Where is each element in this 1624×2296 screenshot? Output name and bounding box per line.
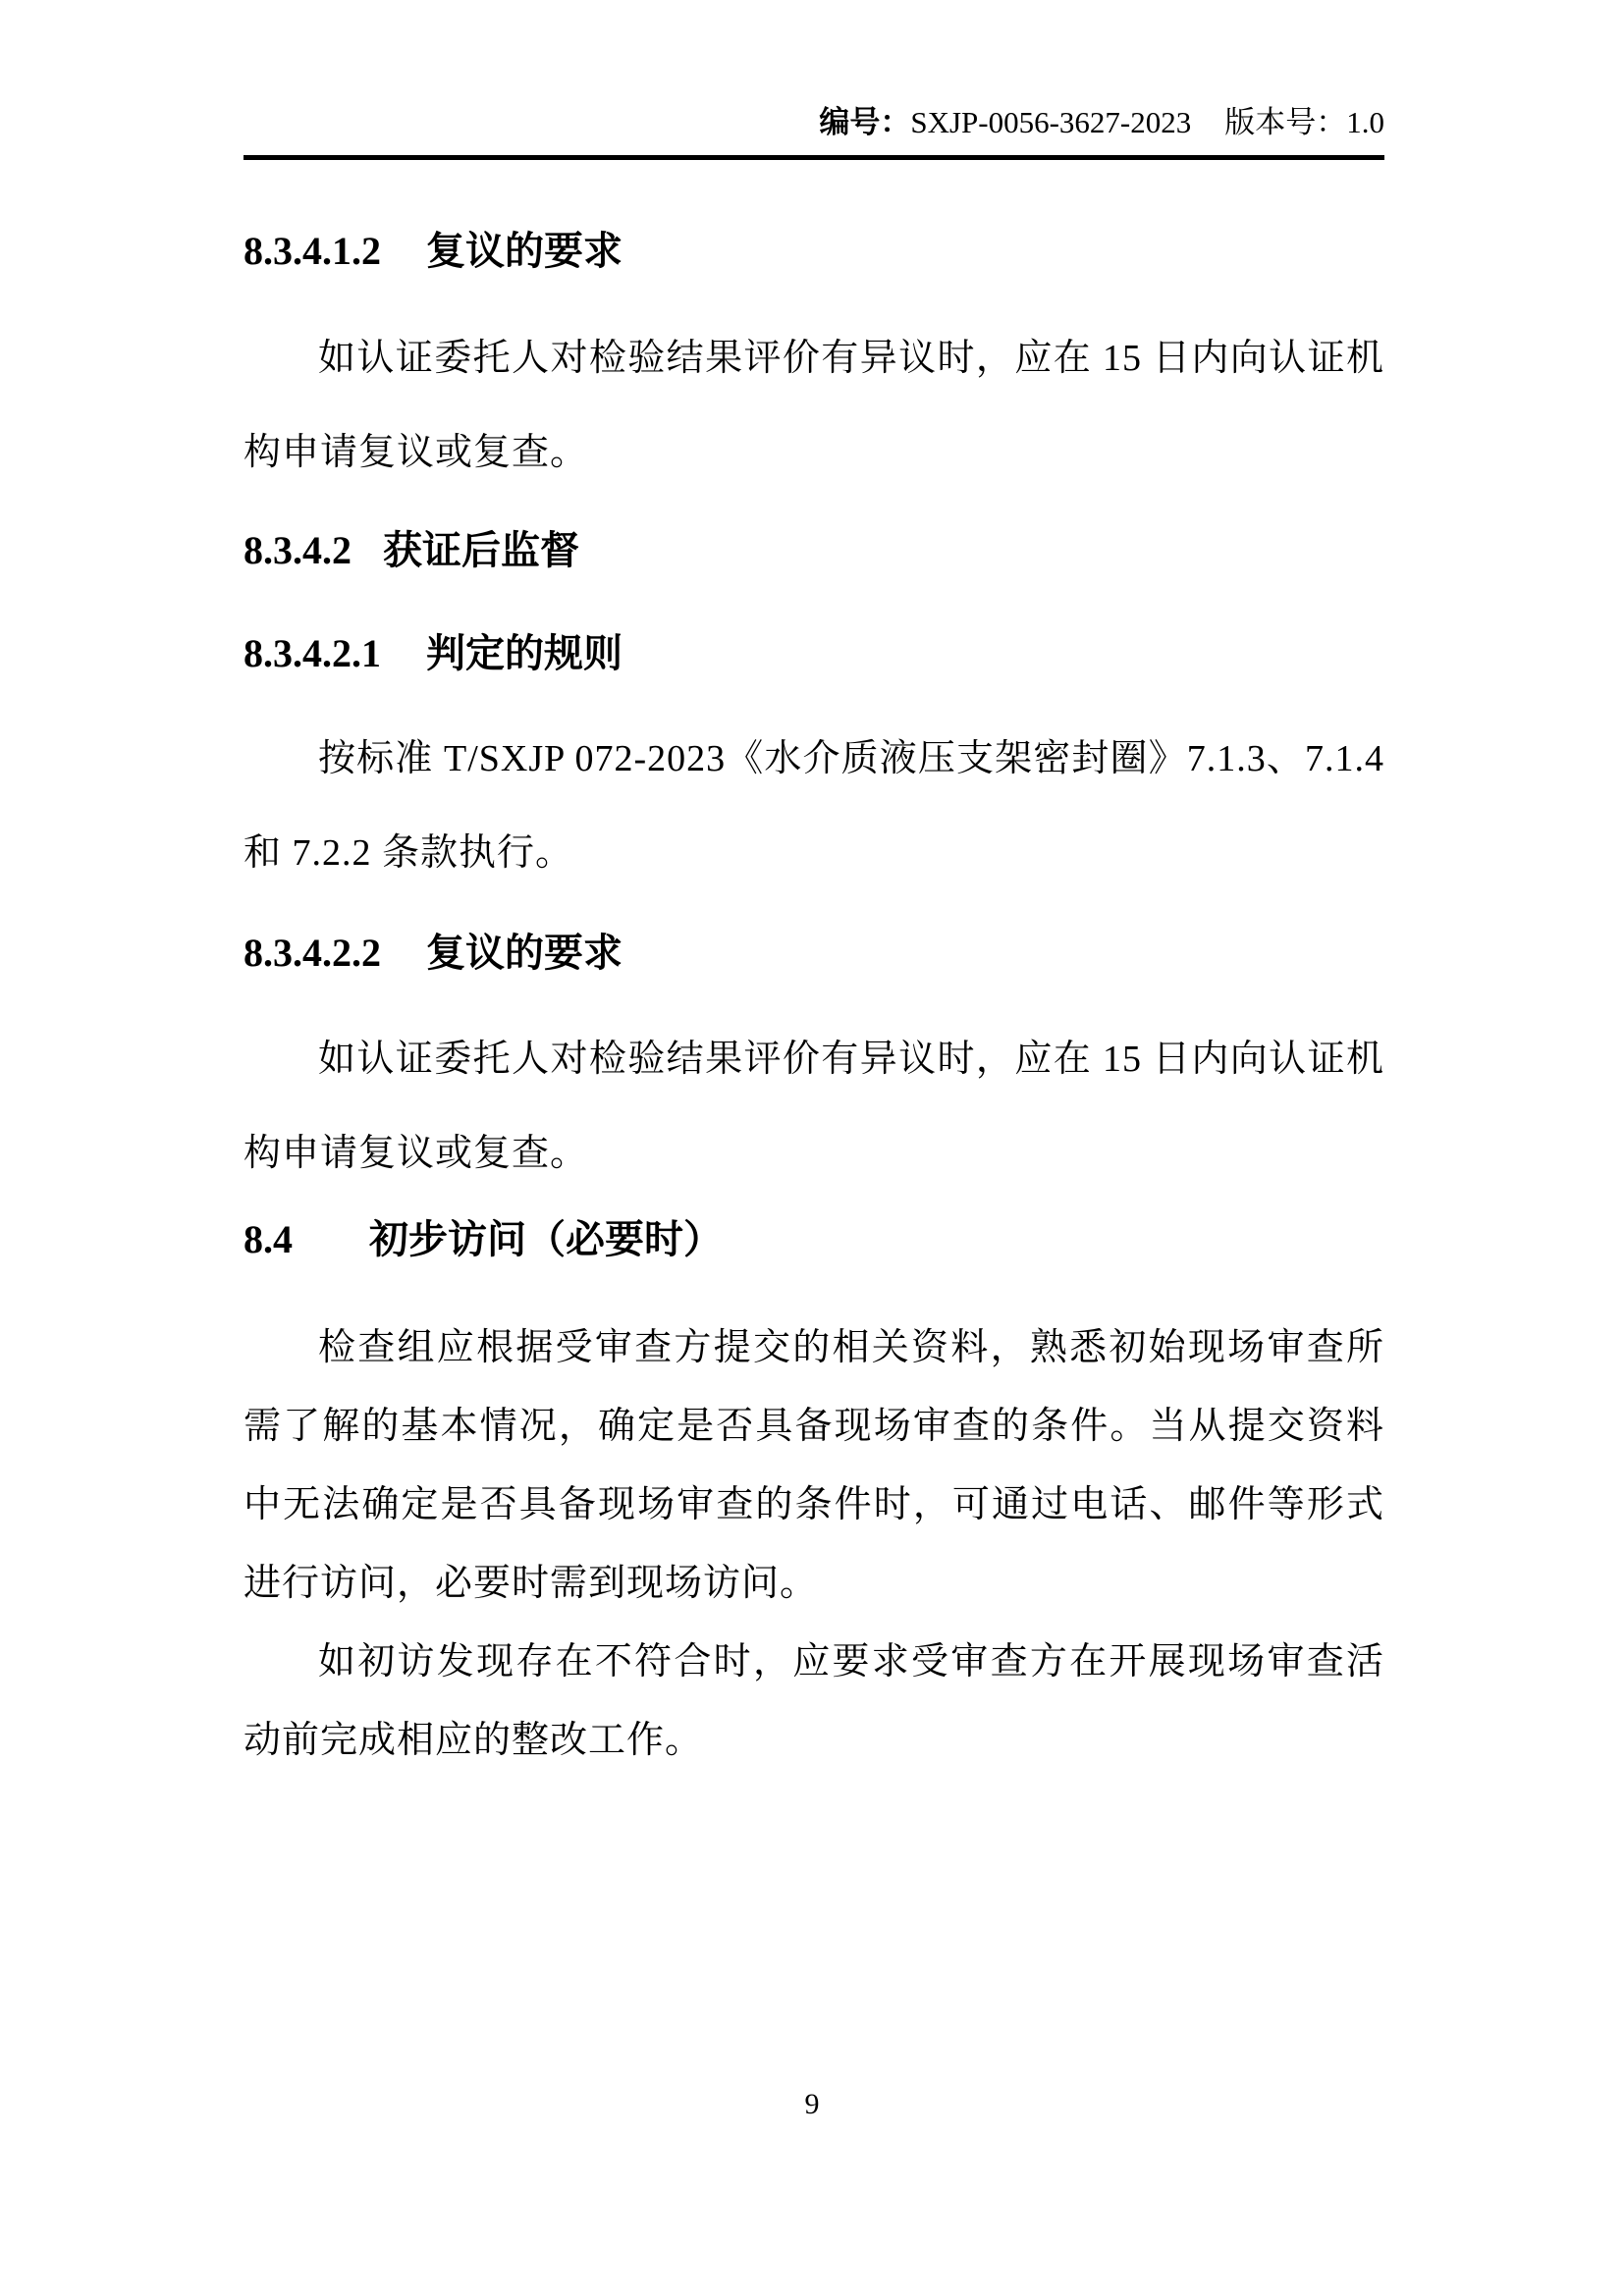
document-page: 编号：SXJP-0056-3627-2023版本号：1.0 8.3.4.1.2复… <box>0 0 1624 2296</box>
heading-title: 复议的要求 <box>426 931 623 975</box>
paragraph-preliminary-visit-2: 如初访发现存在不符合时，应要求受审查方在开展现场审查活动前完成相应的整改工作。 <box>244 1623 1384 1780</box>
heading-number: 8.3.4.2.1 <box>244 631 381 675</box>
doc-version-label: 版本号： <box>1224 105 1346 139</box>
heading-title: 获证后监督 <box>383 528 579 572</box>
heading-title: 初步访问（必要时） <box>369 1217 723 1261</box>
page-header: 编号：SXJP-0056-3627-2023版本号：1.0 <box>244 0 1384 141</box>
page-number: 9 <box>0 2086 1624 2123</box>
heading-8-3-4-2-2: 8.3.4.2.2复议的要求 <box>244 931 1384 976</box>
heading-title: 判定的规则 <box>426 631 623 675</box>
document-content: 编号：SXJP-0056-3627-2023版本号：1.0 8.3.4.1.2复… <box>244 0 1384 1780</box>
heading-title: 复议的要求 <box>426 229 623 273</box>
heading-8-3-4-1-2: 8.3.4.1.2复议的要求 <box>244 229 1384 274</box>
heading-number: 8.4 <box>244 1217 293 1261</box>
doc-code-label: 编号： <box>819 105 910 139</box>
doc-code-value: SXJP-0056-3627-2023 <box>910 105 1191 139</box>
paragraph-review-requirement-2: 如认证委托人对检验结果评价有异议时，应在 15 日内向认证机构申请复议或复查。 <box>244 1012 1384 1201</box>
doc-version-value: 1.0 <box>1346 105 1384 139</box>
heading-8-4: 8.4初步访问（必要时） <box>244 1217 1384 1262</box>
paragraph-preliminary-visit-1: 检查组应根据受审查方提交的相关资料，熟悉初始现场审查所需了解的基本情况，确定是否… <box>244 1308 1384 1623</box>
paragraph-review-requirement-1: 如认证委托人对检验结果评价有异议时，应在 15 日内向认证机构申请复议或复查。 <box>244 311 1384 500</box>
heading-8-3-4-2: 8.3.4.2获证后监督 <box>244 528 1384 573</box>
heading-number: 8.3.4.1.2 <box>244 229 381 273</box>
heading-number: 8.3.4.2.2 <box>244 931 381 975</box>
header-rule <box>244 155 1384 160</box>
heading-8-3-4-2-1: 8.3.4.2.1判定的规则 <box>244 631 1384 676</box>
paragraph-judgement-rule: 按标准 T/SXJP 072-2023《水介质液压支架密封圈》7.1.3、7.1… <box>244 712 1384 900</box>
heading-number: 8.3.4.2 <box>244 528 352 572</box>
